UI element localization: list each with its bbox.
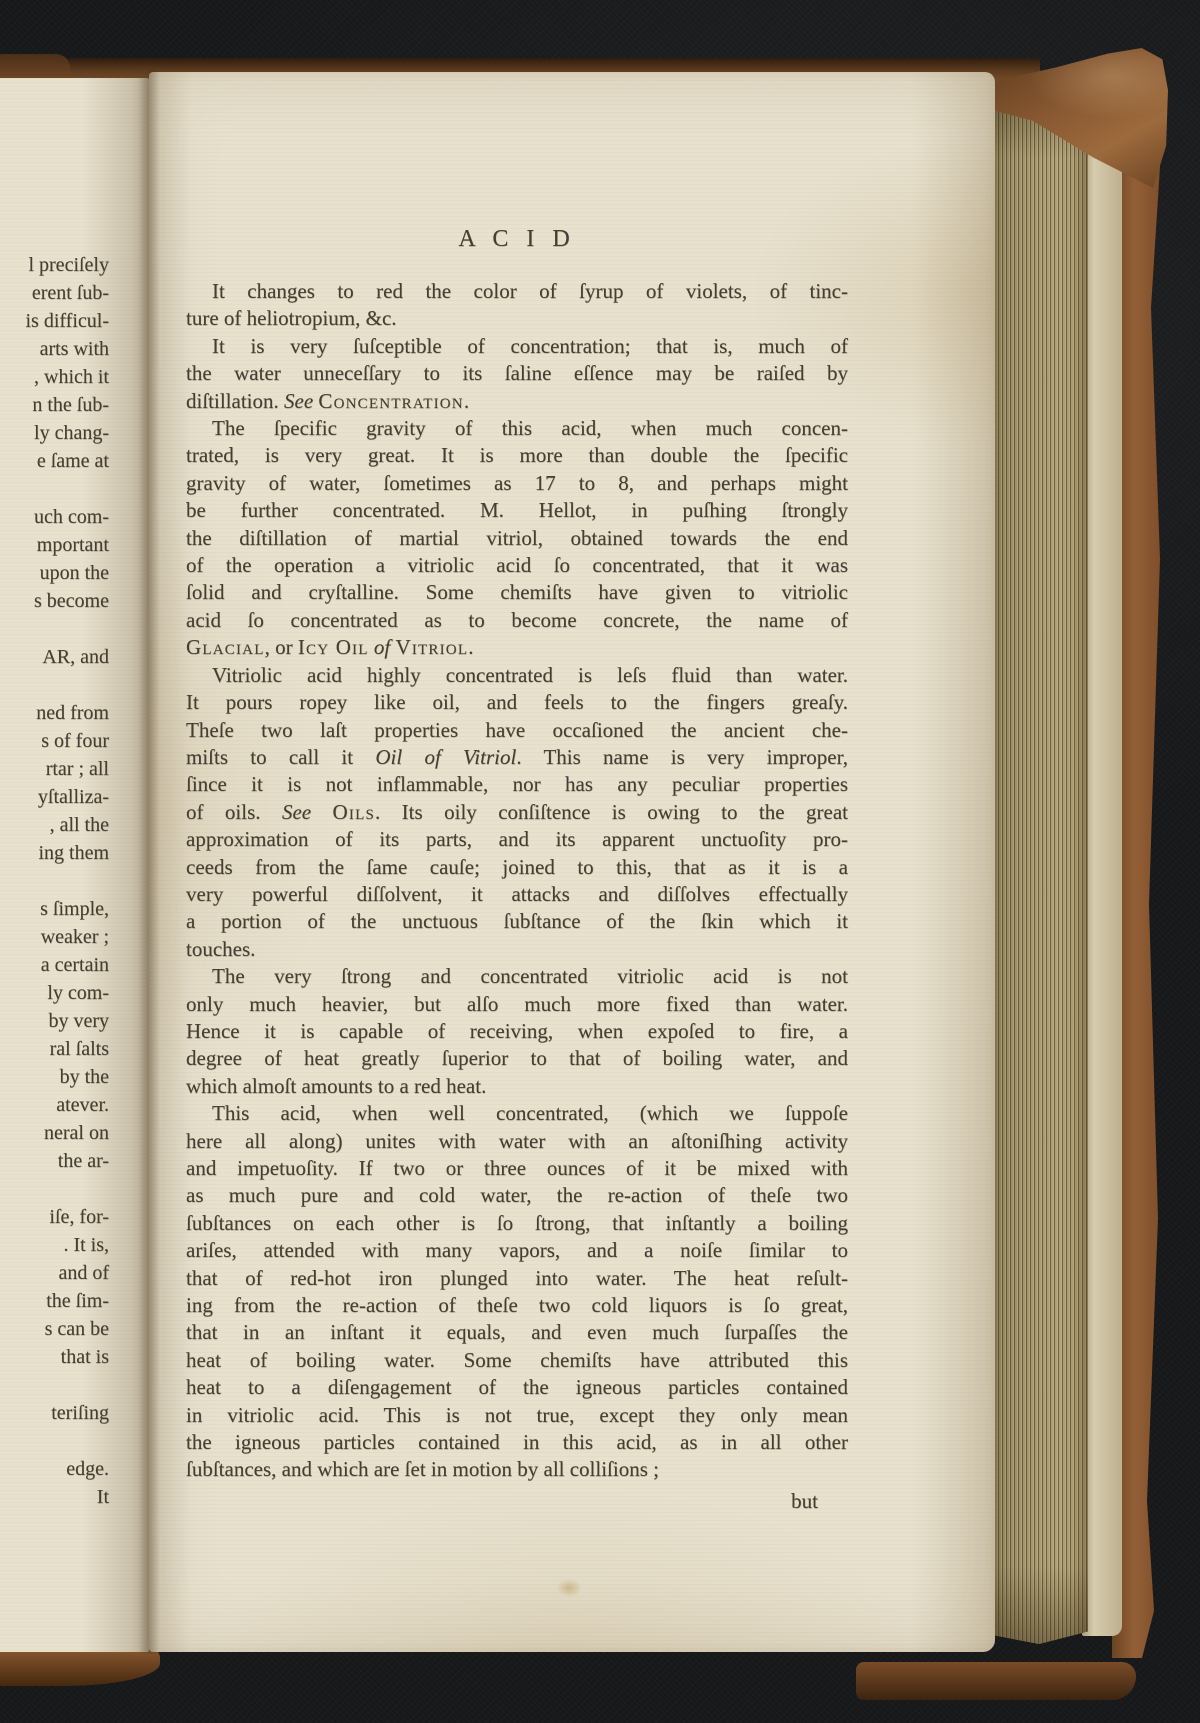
text-line: of the operation a vitriolic acid ſo con… [186,552,848,579]
text-line: approximation of its parts, and its appa… [186,826,848,853]
text-line: very powerful diſſolvent, it attacks and… [186,881,848,908]
photographed-book-scene: l preciſelyerent ſub-is difficul-arts wi… [0,0,1200,1723]
facing-page-text-line: uch com- [0,503,109,531]
catchword: but [186,1488,848,1515]
text-line: and impetuoſity. If two or three ounces … [186,1155,848,1182]
text-line: Vitriolic acid highly concentrated is le… [186,662,848,689]
text-line: Theſe two laſt properties have occaſione… [186,717,848,744]
text-line: diſtillation. See Concentration. [186,388,848,415]
facing-page-text-line: e ſame at [0,447,109,475]
facing-page-text-line [0,1371,109,1399]
facing-page-text-line: . It is, [0,1231,109,1259]
facing-page-text-line: s can be [0,1315,109,1343]
facing-page-text-line: ing them [0,839,109,867]
facing-page-text-line: s become [0,587,109,615]
text-line: The very ſtrong and concentrated vitriol… [186,963,848,990]
text-line: a portion of the unctuous ſubſtance of t… [186,908,848,935]
text-line: miſts to call it Oil of Vitriol. This na… [186,744,848,771]
facing-page-text-line [0,867,109,895]
facing-page-text-line [0,1175,109,1203]
facing-page-text-line: by very [0,1007,109,1035]
facing-page-text-line: It [0,1483,109,1511]
facing-page-strip: l preciſelyerent ſub-is difficul-arts wi… [0,78,149,1652]
facing-page-text-line: l preciſely [0,251,109,279]
text-line: ture of heliotropium, &c. [186,305,848,332]
text-line: ariſes, attended with many vapors, and a… [186,1237,848,1264]
page-heading: A C I D [186,224,848,254]
facing-page-text-line [0,1427,109,1455]
text-line: acid ſo concentrated as to become concre… [186,607,848,634]
text-line: Hence it is capable of receiving, when e… [186,1018,848,1045]
facing-page-text-line: by the [0,1063,109,1091]
facing-page-text-line: weaker ; [0,923,109,951]
protruding-page-edge [1082,96,1122,1636]
facing-page-text-line: rtar ; all [0,755,109,783]
facing-page-text-line: the ar- [0,1147,109,1175]
text-line: that of red-hot iron plunged into water.… [186,1265,848,1292]
facing-page-text-line: a certain [0,951,109,979]
facing-page-text-line: is difficul- [0,307,109,335]
text-line: degree of heat greatly ſuperior to that … [186,1045,848,1072]
facing-page-text-line: teriſing [0,1399,109,1427]
text-line: It is very ſuſceptible of concentration;… [186,333,848,360]
text-line: ing from the re-action of theſe two cold… [186,1292,848,1319]
text-line: be further concentrated. M. Hellot, in p… [186,497,848,524]
text-line: touches. [186,936,848,963]
text-line: that in an inſtant it equals, and even m… [186,1319,848,1346]
text-line: This acid, when well concentrated, (whic… [186,1100,848,1127]
text-line: only much heavier, but alſo much more fi… [186,991,848,1018]
facing-page-text-line: and of [0,1259,109,1287]
facing-page-text-line: , which it [0,363,109,391]
facing-page-text-line [0,671,109,699]
text-line: which almoſt amounts to a red heat. [186,1073,848,1100]
text-line: heat of boiling water. Some chemiſts hav… [186,1347,848,1374]
facing-page-text-line: iſe, for- [0,1203,109,1231]
text-line: as much pure and cold water, the re-acti… [186,1182,848,1209]
text-line: gravity of water, ſometimes as 17 to 8, … [186,470,848,497]
text-line: ſubſtances on each other is ſo ſtrong, t… [186,1210,848,1237]
facing-page-text-line: s ſimple, [0,895,109,923]
book-page: A C I D It changes to red the color of ſ… [149,72,995,1652]
text-line: ſolid and cryſtalline. Some chemiſts hav… [186,579,848,606]
text-line: ceeds from the ſame cauſe; joined to thi… [186,854,848,881]
text-line: trated, is very great. It is more than d… [186,442,848,469]
text-line: It changes to red the color of ſyrup of … [186,278,848,305]
facing-page-text-line: neral on [0,1119,109,1147]
text-line: ſubſtances, and which are ſet in motion … [186,1456,848,1483]
text-line: ſince it is not inflammable, nor has any… [186,771,848,798]
facing-page-text-line: ly com- [0,979,109,1007]
text-line: It pours ropey like oil, and feels to th… [186,689,848,716]
facing-page-text-line [0,615,109,643]
text-line: the igneous particles contained in this … [186,1429,848,1456]
text-line: the water unneceſſary to its ſaline eſſe… [186,360,848,387]
page-body-text: It changes to red the color of ſyrup of … [186,278,848,1484]
text-line: The ſpecific gravity of this acid, when … [186,415,848,442]
facing-page-text-line: atever. [0,1091,109,1119]
text-line: the diſtillation of martial vitriol, obt… [186,525,848,552]
facing-page-text-line: ly chang- [0,419,109,447]
facing-page-text-line: AR, and [0,643,109,671]
text-line: here all along) unites with water with a… [186,1128,848,1155]
facing-page-text-line: mportant [0,531,109,559]
facing-page-text-line: ral ſalts [0,1035,109,1063]
facing-page-text-line: arts with [0,335,109,363]
facing-page-text-fragments: l preciſelyerent ſub-is difficul-arts wi… [0,251,109,1511]
facing-page-text-line: n the ſub- [0,391,109,419]
leather-cover-bottom-edge [856,1662,1136,1700]
text-line: of oils. See Oils. Its oily conſiſtence … [186,799,848,826]
facing-page-text-line: upon the [0,559,109,587]
text-line: in vitriolic acid. This is not true, exc… [186,1402,848,1429]
facing-page-text-line: yſtalliza- [0,783,109,811]
facing-page-text-line: the ſim- [0,1287,109,1315]
facing-page-text-line: erent ſub- [0,279,109,307]
facing-page-text-line [0,475,109,503]
book-fore-edge-page-stack [990,80,1088,1644]
facing-page-text-line: that is [0,1343,109,1371]
facing-page-text-line: ned from [0,699,109,727]
facing-page-text-line: s of four [0,727,109,755]
facing-page-text-line: edge. [0,1455,109,1483]
facing-page-text-line: , all the [0,811,109,839]
text-line: heat to a diſengagement of the igneous p… [186,1374,848,1401]
text-line: Glacial, or Icy Oil of Vitriol. [186,634,848,661]
